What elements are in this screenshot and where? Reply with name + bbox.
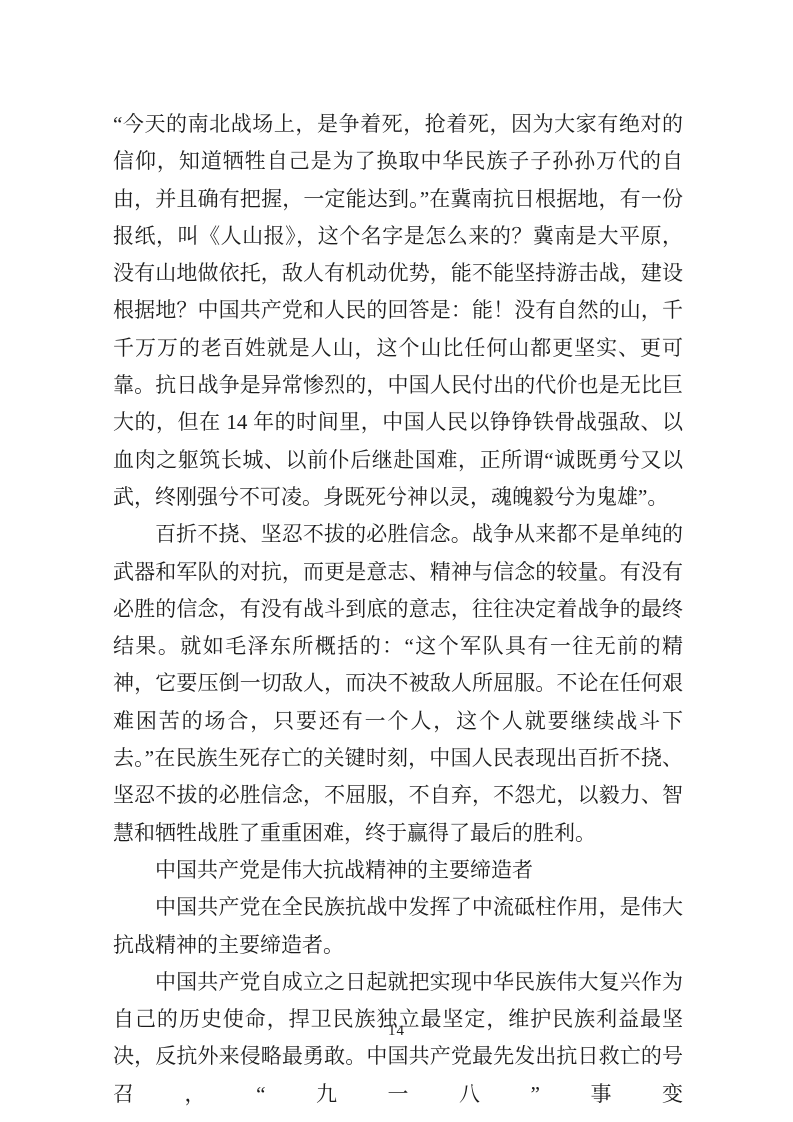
page-body-text: “今天的南北战场上，是争着死，抢着死，因为大家有绝对的信仰，知道牺牲自己是为了换… <box>113 106 683 1113</box>
body-paragraph: 百折不挠、坚忍不拔的必胜信念。战争从来都不是单纯的武器和军队的对抗，而更是意志、… <box>113 516 683 852</box>
body-paragraph: “今天的南北战场上，是争着死，抢着死，因为大家有绝对的信仰，知道牺牲自己是为了换… <box>113 106 683 516</box>
section-heading: 中国共产党是伟大抗战精神的主要缔造者 <box>113 852 683 889</box>
page-number: 14 <box>0 1023 793 1040</box>
document-page: “今天的南北战场上，是争着死，抢着死，因为大家有绝对的信仰，知道牺牲自己是为了换… <box>0 0 793 1122</box>
body-paragraph: 中国共产党在全民族抗战中发挥了中流砥柱作用，是伟大抗战精神的主要缔造者。 <box>113 889 683 964</box>
